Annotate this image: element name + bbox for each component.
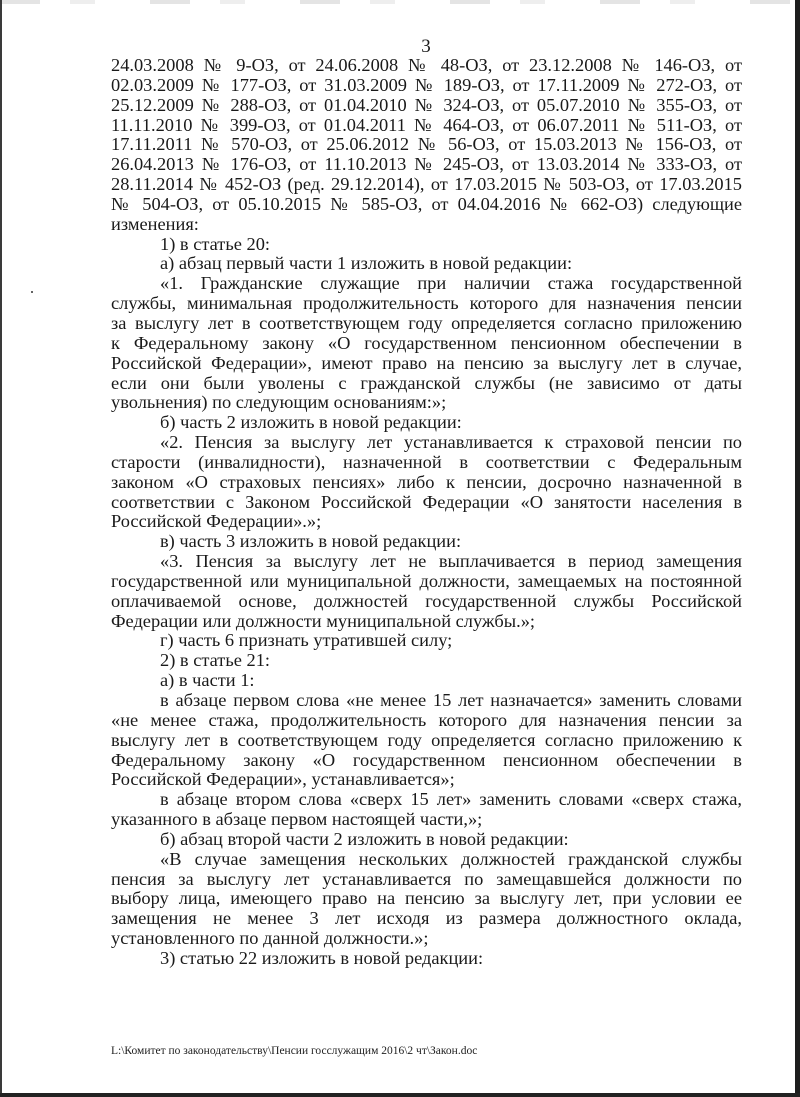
- text-line: выслугу лет в соответствующем году опред…: [111, 731, 742, 751]
- text-line: замещения не менее 3 лет исходя из разме…: [111, 909, 742, 929]
- text-line: пенсия за выслугу лет устанавливается по…: [111, 870, 742, 890]
- text-line: Российской Федерации».»;: [111, 512, 742, 532]
- text-line: увольнения) по следующим основаниям:»;: [111, 393, 742, 413]
- text-line: 3) статью 22 изложить в новой редакции:: [111, 949, 742, 969]
- text-line: 24.03.2008 № 9-ОЗ, от 24.06.2008 № 48-ОЗ…: [111, 56, 742, 76]
- text-line: к Федеральному закону «О государственном…: [111, 334, 742, 354]
- text-line: 28.11.2014 № 452-ОЗ (ред. 29.12.2014), о…: [111, 175, 742, 195]
- document-body: 24.03.2008 № 9-ОЗ, от 24.06.2008 № 48-ОЗ…: [111, 56, 742, 969]
- text-line: б) часть 2 изложить в новой редакции:: [111, 413, 742, 433]
- text-line: Федерации или должности муниципальной сл…: [111, 612, 742, 632]
- text-line: Российской Федерации», устанавливается»;: [111, 770, 742, 790]
- text-line: соответствии с Законом Российской Федера…: [111, 493, 742, 513]
- text-line: б) абзац второй части 2 изложить в новой…: [111, 830, 742, 850]
- scanned-page: 3 24.03.2008 № 9-ОЗ, от 24.06.2008 № 48-…: [0, 0, 800, 1097]
- text-line: законом «О страховых пенсиях» либо к пен…: [111, 473, 742, 493]
- scan-left-edge: [0, 0, 2, 1097]
- text-line: 2) в статье 21:: [111, 651, 742, 671]
- text-line: «2. Пенсия за выслугу лет устанавливаетс…: [111, 433, 742, 453]
- text-line: Федеральному закону «О государственном п…: [111, 751, 742, 771]
- text-line: старости (инвалидности), назначенной в с…: [111, 453, 742, 473]
- text-line: Российской Федерации», имеют право на пе…: [111, 354, 742, 374]
- text-line: службы, минимальная продолжительность ко…: [111, 294, 742, 314]
- text-line: если они были уволены с гражданской служ…: [111, 374, 742, 394]
- text-line: установленного по данной должности.»;: [111, 929, 742, 949]
- text-line: выбору лица, имеющего право на пенсию за…: [111, 889, 742, 909]
- text-line: № 504-ОЗ, от 05.10.2015 № 585-ОЗ, от 04.…: [111, 195, 742, 215]
- text-line: 26.04.2013 № 176-ОЗ, от 11.10.2013 № 245…: [111, 155, 742, 175]
- text-line: «3. Пенсия за выслугу лет не выплачивает…: [111, 552, 742, 572]
- text-line: 02.03.2009 № 177-ОЗ, от 31.03.2009 № 189…: [111, 76, 742, 96]
- text-line: «1. Гражданские служащие при наличии ста…: [111, 274, 742, 294]
- text-line: 11.11.2010 № 399-ОЗ, от 01.04.2011 № 464…: [111, 116, 742, 136]
- scan-right-edge: [795, 0, 800, 1097]
- text-line: изменения:: [111, 215, 742, 235]
- text-line: указанного в абзаце первом настоящей час…: [111, 810, 742, 830]
- text-line: а) в части 1:: [111, 671, 742, 691]
- text-line: в) часть 3 изложить в новой редакции:: [111, 532, 742, 552]
- text-line: 25.12.2009 № 288-ОЗ, от 01.04.2010 № 324…: [111, 96, 742, 116]
- margin-speck: [31, 291, 33, 293]
- footer-file-path: L:\Комитет по законодательству\Пенсии го…: [111, 1044, 477, 1058]
- scan-top-edge: [0, 0, 795, 4]
- text-line: оплачиваемой основе, должностей государс…: [111, 592, 742, 612]
- page-number: 3: [0, 37, 800, 57]
- text-line: а) абзац первый части 1 изложить в новой…: [111, 254, 742, 274]
- text-line: «В случае замещения нескольких должносте…: [111, 850, 742, 870]
- text-line: 17.11.2011 № 570-ОЗ, от 25.06.2012 № 56-…: [111, 135, 742, 155]
- text-line: за выслугу лет в соответствующем году оп…: [111, 314, 742, 334]
- scan-bottom-edge: [0, 1093, 800, 1097]
- text-line: г) часть 6 признать утратившей силу;: [111, 631, 742, 651]
- text-line: 1) в статье 20:: [111, 235, 742, 255]
- text-line: в абзаце первом слова «не менее 15 лет н…: [111, 691, 742, 711]
- text-line: «не менее стажа, продолжительность котор…: [111, 711, 742, 731]
- text-line: государственной или муниципальной должно…: [111, 572, 742, 592]
- text-line: в абзаце втором слова «сверх 15 лет» зам…: [111, 790, 742, 810]
